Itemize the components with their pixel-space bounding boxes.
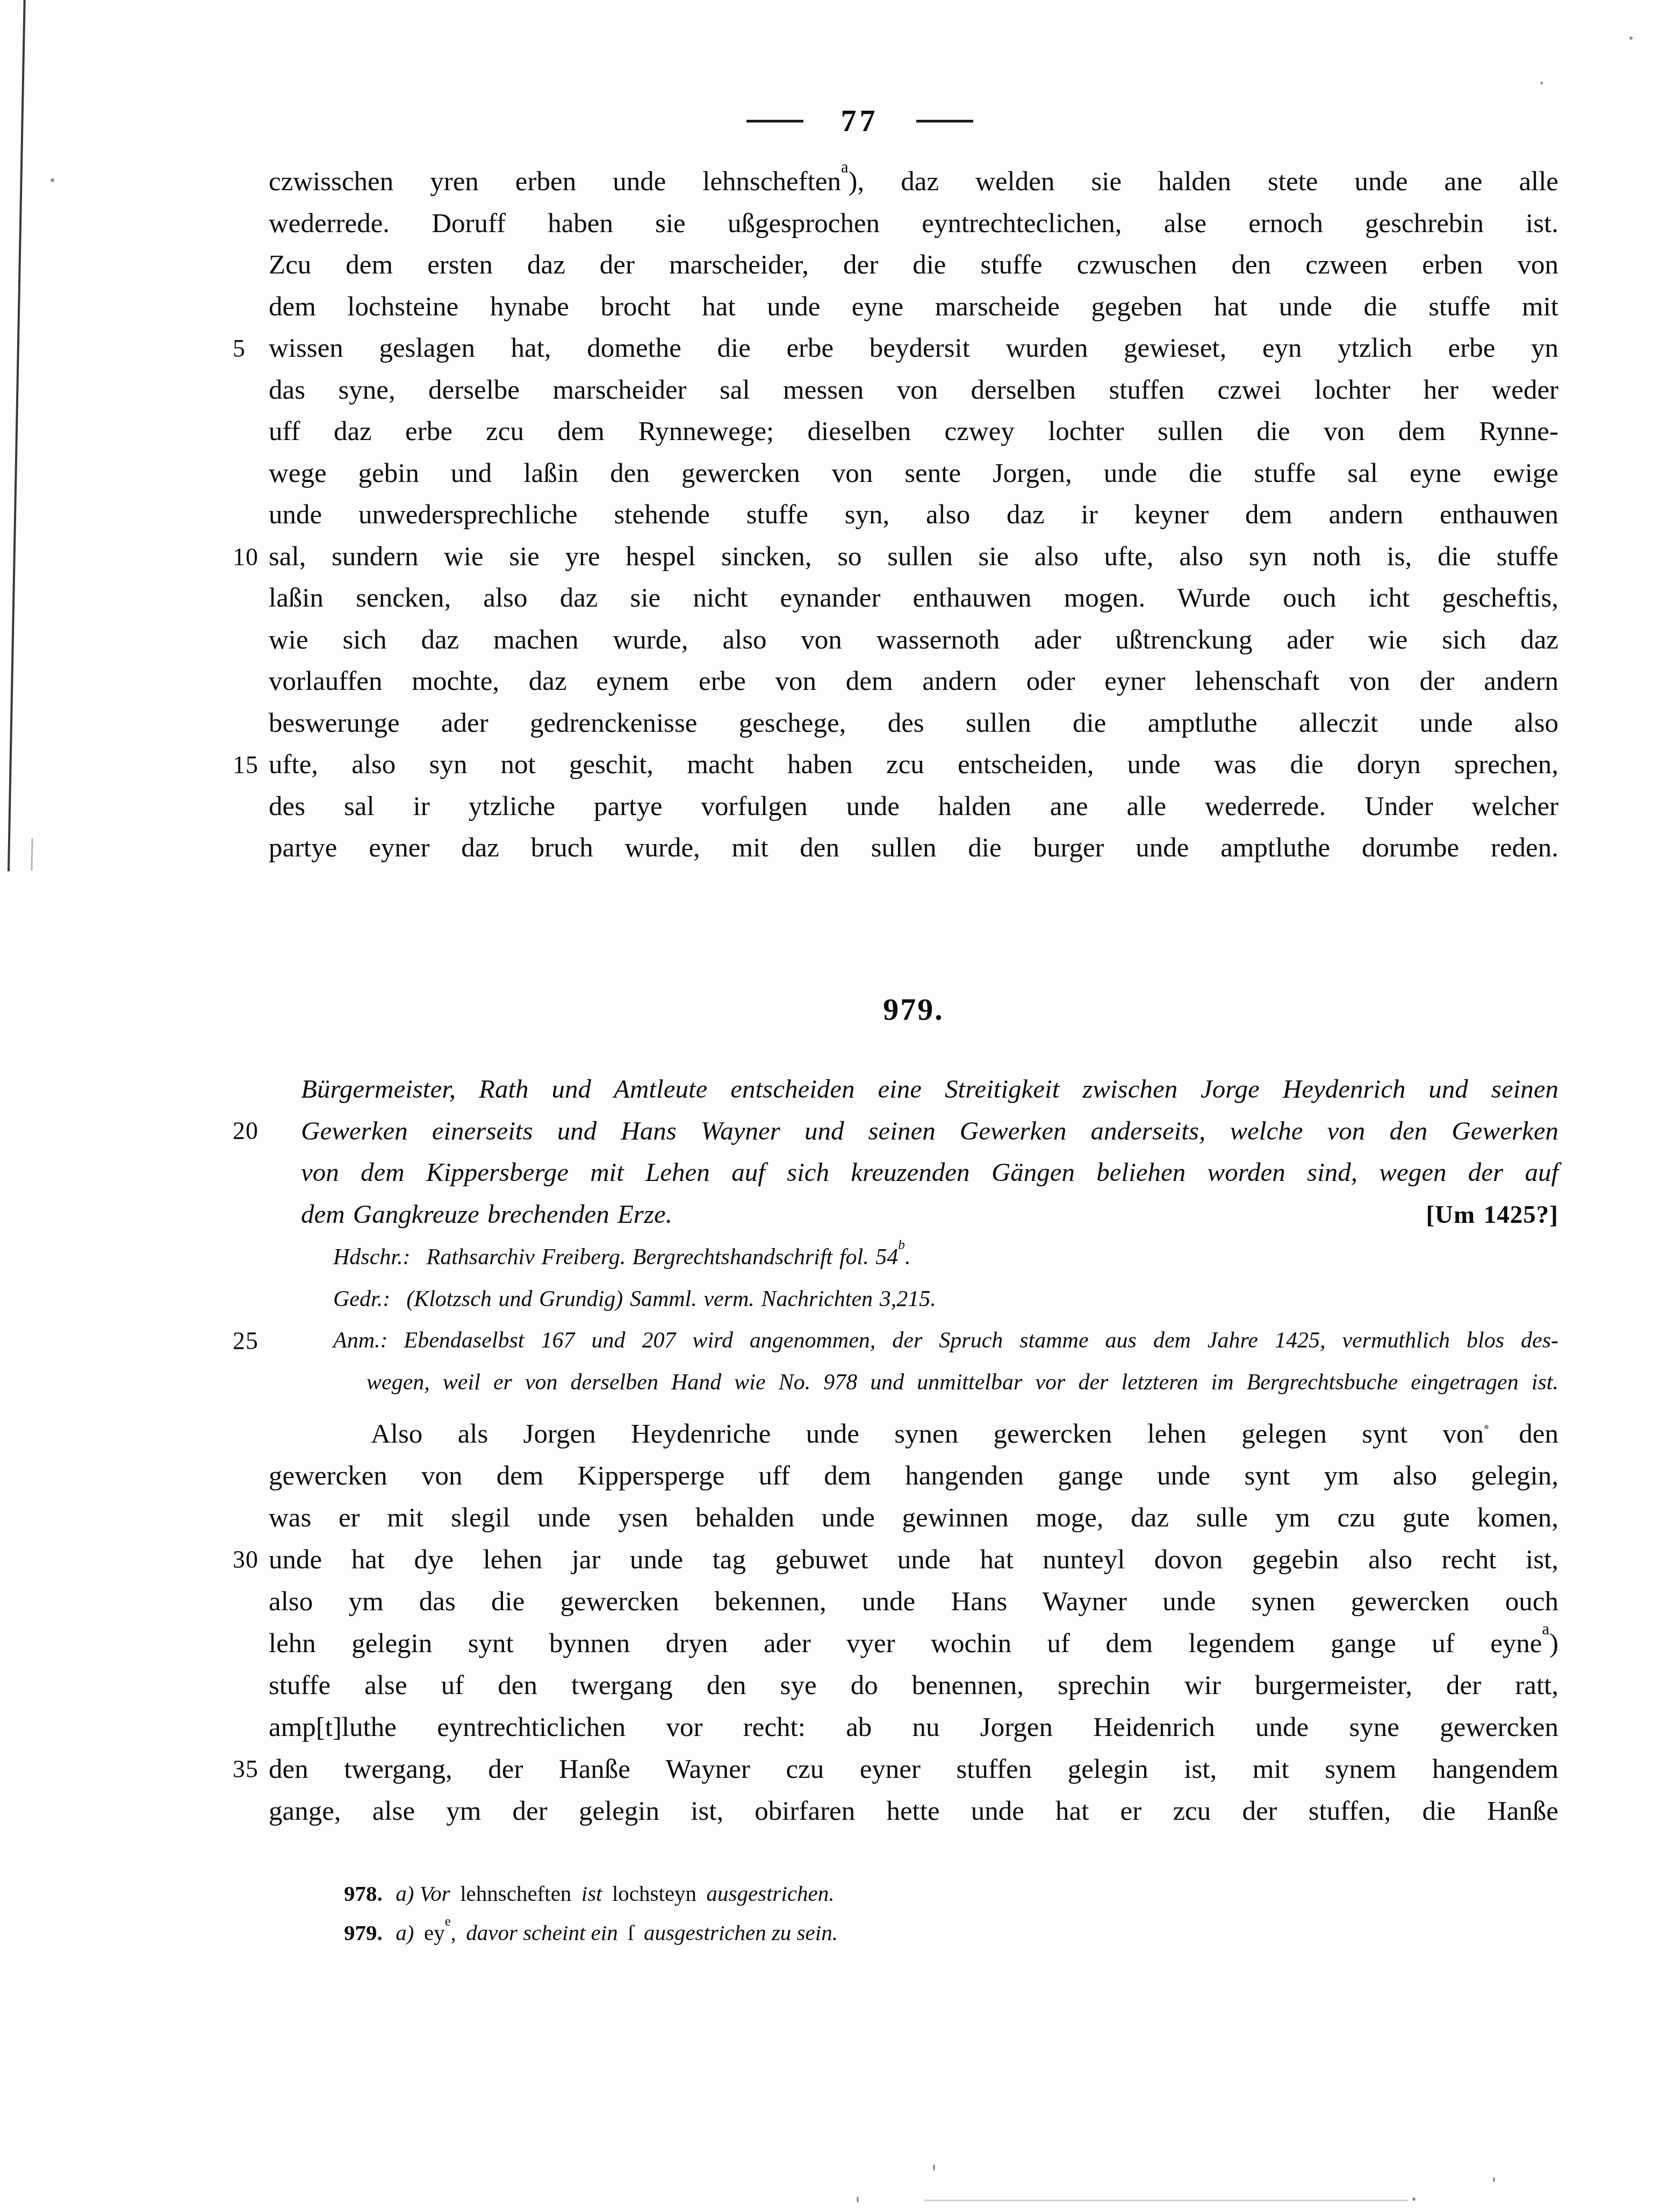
text-segment: ufte, also syn not geschit, macht haben … (269, 750, 1558, 780)
text-segment: wissen geslagen hat, domethe die erbe be… (269, 333, 1558, 363)
scan-speck (1484, 1425, 1489, 1429)
text-segment: dem lochsteine hynabe brocht hat unde ey… (269, 292, 1558, 322)
summary-line: dem Gangkreuze brechenden Erze.[Um 1425?… (301, 1193, 1558, 1236)
text-segment: des sal ir ytzliche partye vorfulgen und… (269, 791, 1558, 822)
text-line: Also als Jorgen Heydenriche unde synen g… (269, 1413, 1558, 1455)
text-segment: vorlauffen mochte, daz eynem erbe von de… (269, 666, 1558, 696)
source-notes: Hdschr.:Rathsarchiv Freiberg. Bergrechts… (333, 1237, 1558, 1403)
text-segment: den twergang, der Hanße Wayner czu eyner… (269, 1754, 1558, 1784)
document-page: 77 czwisschen yren erben unde lehnscheft… (0, 0, 1674, 2212)
text-segment: Also als Jorgen Heydenriche unde synen g… (371, 1419, 1558, 1449)
superscript-letter: e (445, 1914, 451, 1929)
text-line: wie sich daz machen wurde, also von wass… (269, 619, 1558, 661)
text-segment: das syne, derselbe marscheider sal messe… (269, 375, 1558, 405)
text-segment: gange, alse ym der gelegin ist, obirfare… (269, 1796, 1558, 1826)
text-line: des sal ir ytzliche partye vorfulgen und… (269, 786, 1558, 828)
scan-edge-line (924, 2200, 1408, 2201)
footnote-lemma: ey (424, 1920, 445, 1945)
text-segment: (Klotzsch und Grundig) Samml. verm. Nach… (406, 1287, 936, 1312)
line-number: 25 (233, 1320, 281, 1362)
text-line: wege gebin und laßin den gewercken von s… (269, 453, 1558, 495)
text-segment: Ebendaselbst 167 und 207 wird angenommen… (404, 1328, 1558, 1353)
text-segment: unde hat dye lehen jar unde tag gebuwet … (269, 1545, 1558, 1575)
text-segment: Gewerken einerseits und Hans Wayner und … (301, 1116, 1558, 1145)
text-segment: partye eyner daz bruch wurde, mit den su… (269, 833, 1558, 863)
footnotes: 978.a) Vorlehnscheftenistlochsteynausges… (344, 1874, 1472, 1952)
text-segment: ), daz welden sie halden stete unde ane … (849, 167, 1558, 197)
text-segment: Bürgermeister, Rath und Amtleute entsche… (301, 1074, 1558, 1104)
footnote-entry-number: 979. (344, 1920, 383, 1945)
scan-speck (933, 2164, 935, 2171)
text-line: 5wissen geslagen hat, domethe die erbe b… (269, 328, 1558, 370)
line-number: 10 (233, 536, 281, 578)
header-rule-right (916, 120, 973, 123)
header-rule-left (746, 120, 803, 123)
summary-line: Bürgermeister, Rath und Amtleute entsche… (301, 1068, 1558, 1110)
scan-speck (1412, 2197, 1416, 2201)
footnote-marker: a (1542, 1620, 1549, 1638)
text-segment: ) (1549, 1629, 1558, 1659)
text-segment: Rathsarchiv Freiberg. Bergrechtshandschr… (427, 1245, 899, 1270)
entry-body: Also als Jorgen Heydenriche unde synen g… (269, 1413, 1558, 1832)
text-segment: beswerunge ader gedrenckenisse geschege,… (269, 708, 1558, 738)
scan-speck (1540, 82, 1543, 84)
scan-speck (1629, 37, 1633, 40)
scan-gutter-line (31, 838, 33, 870)
text-line: was er mit slegil unde ysen behalden und… (269, 1497, 1558, 1539)
text-segment: stuffe alse uf den twergang den sye do b… (269, 1670, 1558, 1701)
text-segment: . (905, 1245, 911, 1270)
note-label: Gedr.: (333, 1287, 390, 1312)
note-line-hdschr: Hdschr.:Rathsarchiv Freiberg. Bergrechts… (333, 1237, 1558, 1279)
note-line-anm: 25Anm.:Ebendaselbst 167 und 207 wird ang… (333, 1320, 1558, 1362)
text-segment: wege gebin und laßin den gewercken von s… (269, 458, 1558, 488)
footnote-entry-number: 978. (344, 1881, 383, 1906)
footnote-text: , (451, 1920, 456, 1945)
text-segment: uff daz erbe zcu dem Rynnewege; dieselbe… (269, 416, 1558, 446)
footnote-lemma: lehnscheften (460, 1881, 571, 1906)
text-line: dem lochsteine hynabe brocht hat unde ey… (269, 286, 1558, 328)
footnote-text: ausgestrichen. (707, 1881, 835, 1906)
entry-heading: 979. (269, 989, 1558, 1030)
text-segment: wederrede. Doruff haben sie ußgesprochen… (269, 208, 1558, 239)
text-line: das syne, derselbe marscheider sal messe… (269, 370, 1558, 412)
text-segment: sal, sundern wie sie yre hespel sincken,… (269, 542, 1558, 572)
note-label: Anm.: (333, 1328, 387, 1353)
footnote-text: ausgestrichen zu sein. (644, 1920, 838, 1945)
text-line: lehn gelegin synt bynnen dryen ader vyer… (269, 1623, 1558, 1665)
text-segment: laßin sencken, also daz sie nicht eynand… (269, 583, 1558, 613)
scan-speck (51, 178, 54, 182)
text-segment: was er mit slegil unde ysen behalden und… (269, 1503, 1558, 1533)
text-line: unde unwedersprechliche stehende stuffe … (269, 494, 1558, 536)
text-segment: von dem Kippersberge mit Lehen auf sich … (301, 1157, 1558, 1187)
text-segment: wie sich daz machen wurde, also von wass… (269, 625, 1558, 655)
text-segment: dem Gangkreuze brechenden Erze. (301, 1193, 672, 1235)
text-segment: gewercken von dem Kippersperge uff dem h… (269, 1461, 1558, 1491)
text-line: also ym das die gewercken bekennen, unde… (269, 1581, 1558, 1623)
text-line: 10sal, sundern wie sie yre hespel sincke… (269, 536, 1558, 578)
entry-summary: Bürgermeister, Rath und Amtleute entsche… (301, 1068, 1558, 1236)
text-segment: unde unwedersprechliche stehende stuffe … (269, 500, 1558, 530)
text-line: partye eyner daz bruch wurde, mit den su… (269, 827, 1558, 869)
scan-speck (1493, 2177, 1495, 2182)
footnote-marker: a (841, 158, 849, 176)
text-line: amp[t]luthe eyntrechticlichen vor recht:… (269, 1706, 1558, 1748)
text-line: czwisschen yren erben unde lehnscheftena… (269, 161, 1558, 203)
text-segment: lehn gelegin synt bynnen dryen ader vyer… (269, 1629, 1542, 1659)
text-line: 15ufte, also syn not geschit, macht habe… (269, 744, 1558, 786)
text-segment: also ym das die gewercken bekennen, unde… (269, 1587, 1558, 1617)
text-line: 30unde hat dye lehen jar unde tag gebuwe… (269, 1539, 1558, 1581)
summary-line: von dem Kippersberge mit Lehen auf sich … (301, 1151, 1558, 1193)
text-segment: Zcu dem ersten daz der marscheider, der … (269, 250, 1558, 280)
note-line-gedr: Gedr.:(Klotzsch und Grundig) Samml. verm… (333, 1279, 1558, 1321)
line-number: 5 (233, 328, 281, 370)
folio-superscript: b (898, 1238, 905, 1252)
text-line: gange, alse ym der gelegin ist, obirfare… (269, 1790, 1558, 1832)
line-number: 20 (233, 1110, 281, 1152)
text-line: Zcu dem ersten daz der marscheider, der … (269, 244, 1558, 286)
footnote-text: a) (396, 1920, 414, 1945)
entry-date: [Um 1425?] (1426, 1194, 1558, 1236)
line-number: 15 (233, 744, 281, 786)
text-line: vorlauffen mochte, daz eynem erbe von de… (269, 661, 1558, 703)
text-line: beswerunge ader gedrenckenisse geschege,… (269, 703, 1558, 745)
footnote-text: ist (581, 1881, 602, 1906)
text-segment: amp[t]luthe eyntrechticlichen vor recht:… (269, 1712, 1558, 1742)
page-header: 77 (23, 105, 1674, 136)
text-segment: czwisschen yren erben unde lehnscheften (269, 167, 841, 197)
note-label: Hdschr.: (333, 1245, 411, 1270)
footnote-978a: 978.a) Vorlehnscheftenistlochsteynausges… (344, 1874, 1472, 1913)
text-line: wederrede. Doruff haben sie ußgesprochen… (269, 203, 1558, 245)
scan-speck (857, 2196, 859, 2203)
text-line: stuffe alse uf den twergang den sye do b… (269, 1665, 1558, 1706)
note-line-anm-continuation: wegen, weil er von derselben Hand wie No… (333, 1362, 1558, 1404)
footnote-text: davor scheint ein (466, 1920, 617, 1945)
text-line: laßin sencken, also daz sie nicht eynand… (269, 578, 1558, 619)
text-line: 35den twergang, der Hanße Wayner czu eyn… (269, 1748, 1558, 1790)
footnote-979a: 979.a)eye,davor scheint einſausgestriche… (344, 1913, 1472, 1952)
summary-line: 20Gewerken einerseits und Hans Wayner un… (301, 1110, 1558, 1152)
text-line: gewercken von dem Kippersperge uff dem h… (269, 1455, 1558, 1497)
footnote-lemma: ſ (628, 1920, 634, 1945)
line-number: 35 (233, 1748, 281, 1790)
transcription-paragraph-978: czwisschen yren erben unde lehnscheftena… (269, 161, 1558, 869)
footnote-text: a) Vor (396, 1881, 450, 1906)
line-number: 30 (233, 1539, 281, 1581)
text-segment: wegen, weil er von derselben Hand wie No… (367, 1370, 1558, 1395)
page-number: 77 (841, 105, 879, 136)
footnote-lemma: lochsteyn (612, 1881, 696, 1906)
text-line: uff daz erbe zcu dem Rynnewege; dieselbe… (269, 411, 1558, 453)
